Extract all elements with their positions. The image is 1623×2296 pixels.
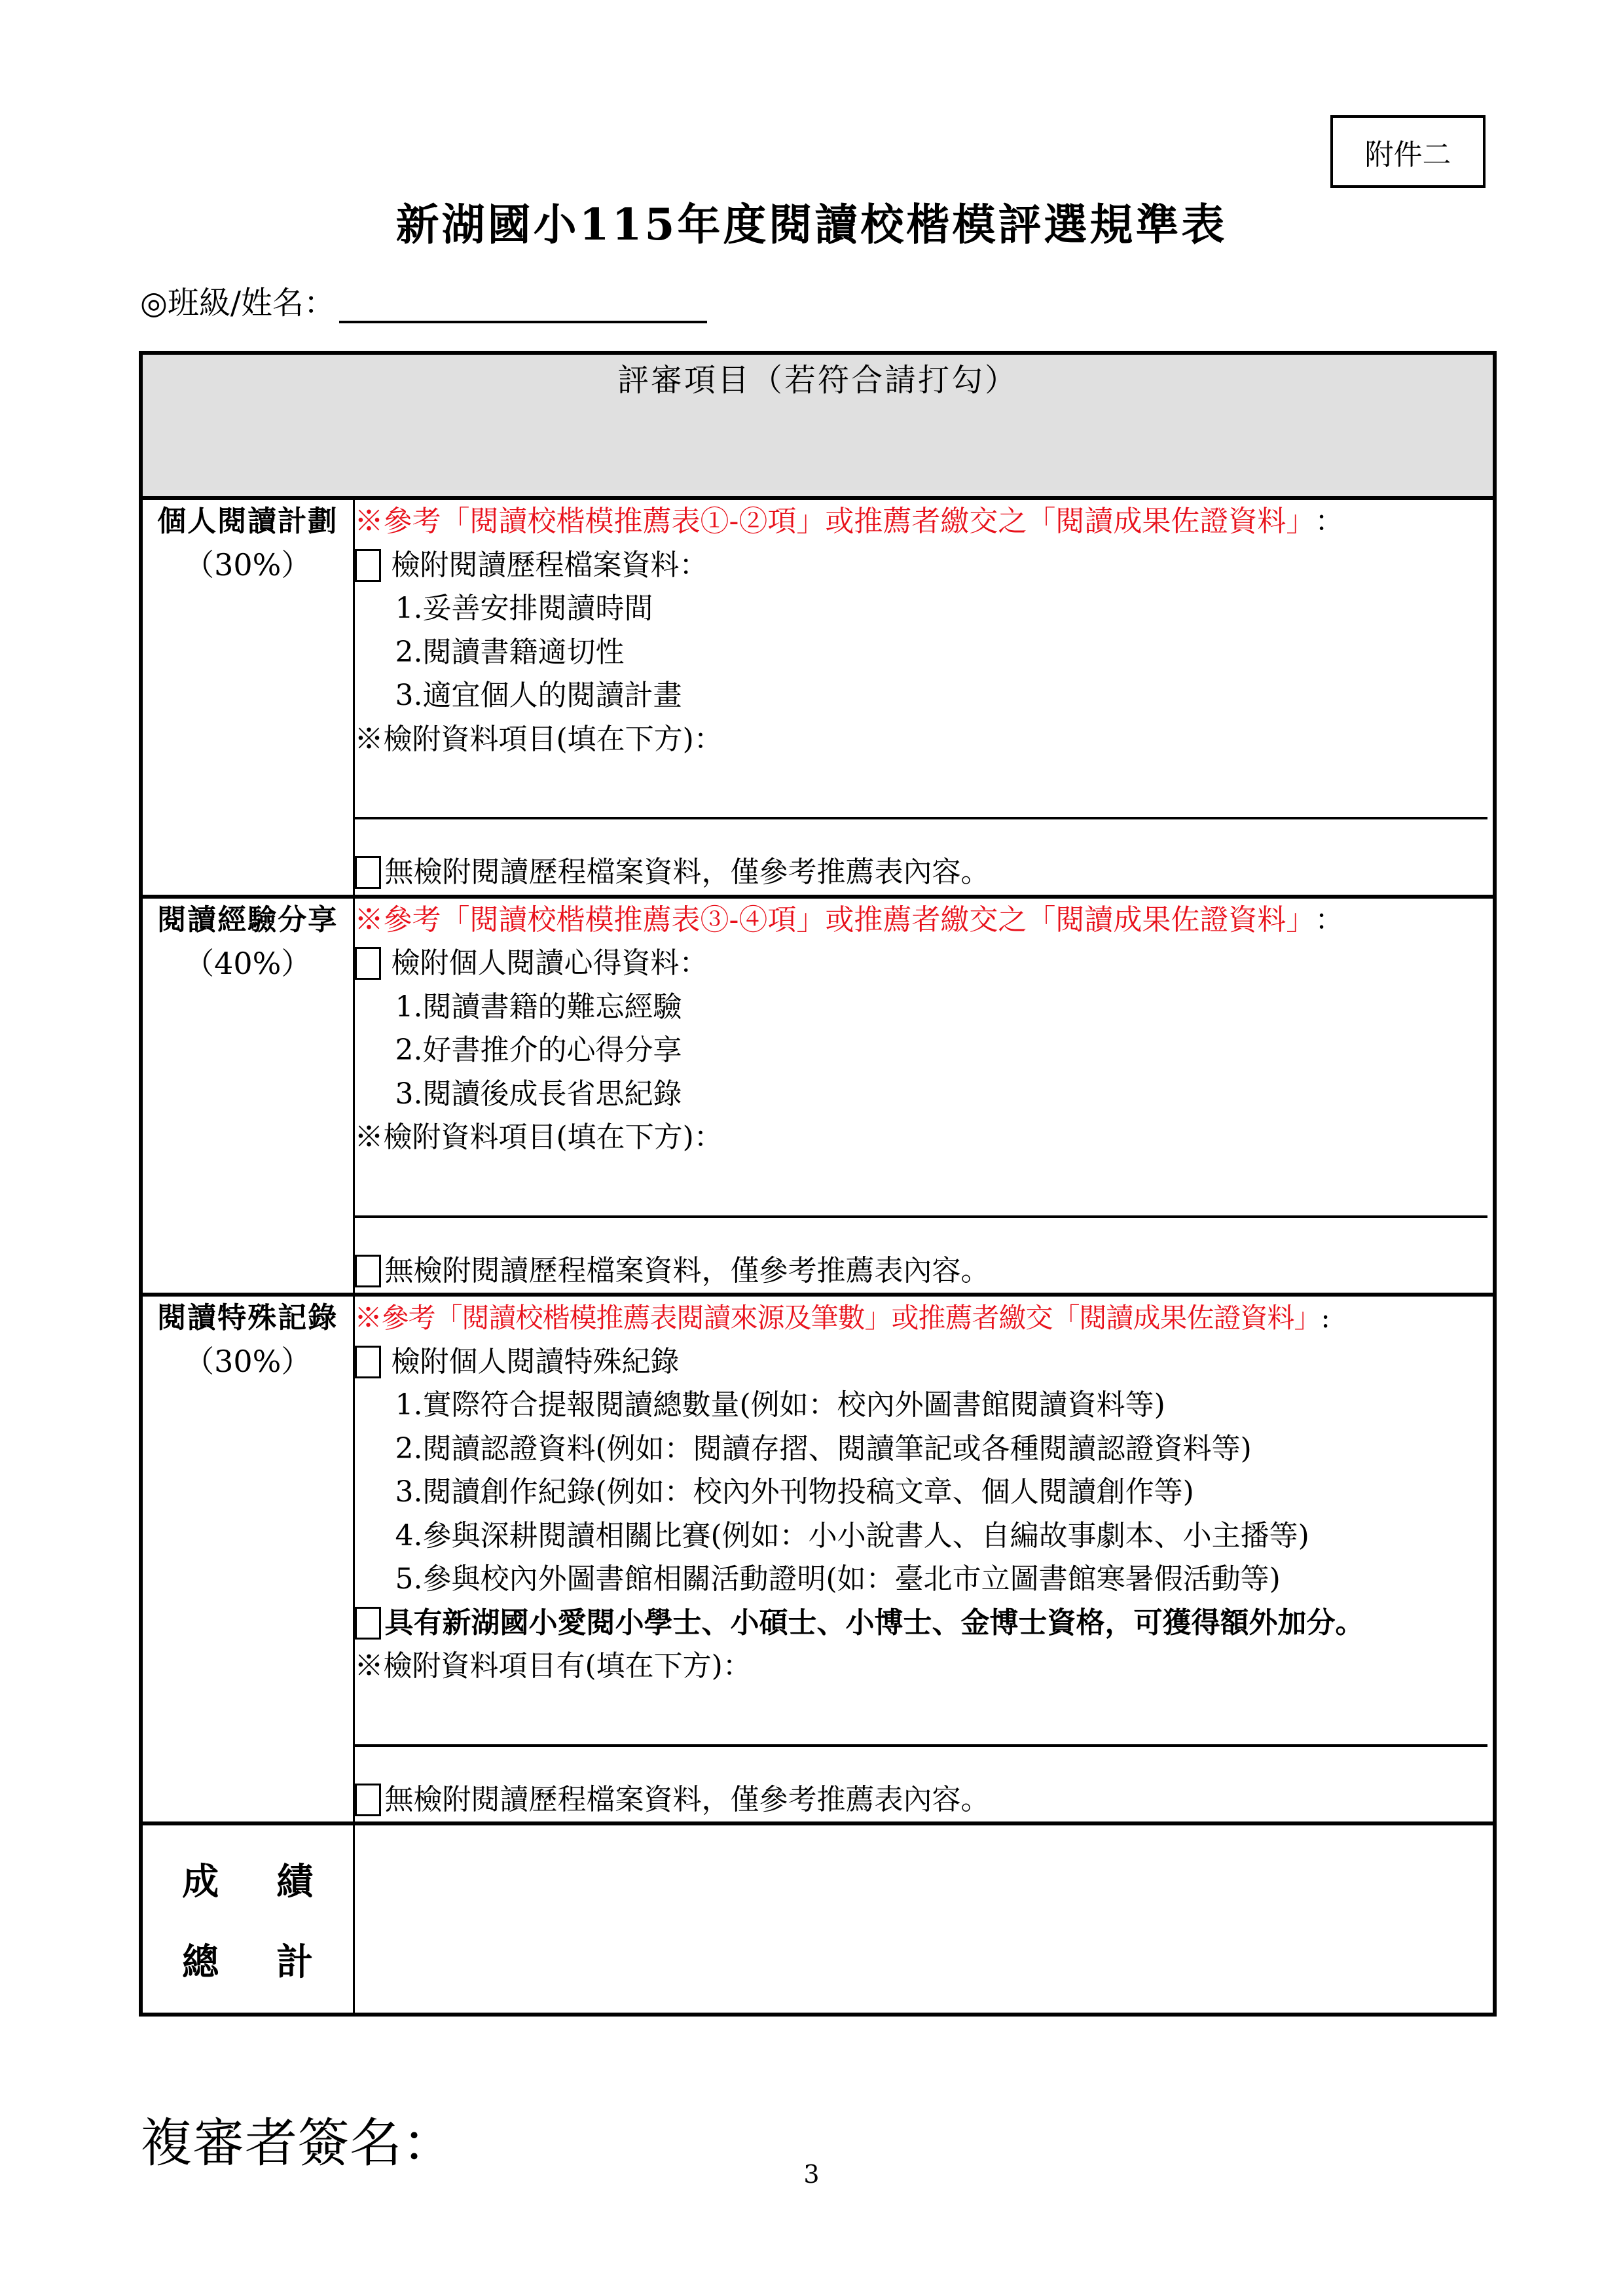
criteria-item: 4.參與深耕閱讀相關比賽(例如：小小說書人、自編故事劇本、小主播等) (355, 1515, 1493, 1558)
criteria-item: 1.閱讀書籍的難忘經驗 (355, 986, 1493, 1030)
section-weight: （30%） (143, 1340, 353, 1383)
class-name-label: ◎班級/姓名： (140, 283, 335, 323)
fill-prompt: ※檢附資料項目(填在下方)： (355, 1116, 1493, 1160)
section-label-cell: 個人閱讀計劃 （30%） (141, 498, 354, 897)
total-score-label-line1: 成 績 (182, 1853, 313, 1905)
attach-checkbox-label: 檢附閱讀歷程檔案資料： (392, 544, 708, 588)
attach-checkbox[interactable] (355, 549, 381, 582)
no-attachment-checkbox[interactable] (355, 856, 381, 889)
section-special-records: 閱讀特殊記錄 （30%） ※參考「閱讀校楷模推薦表閱讀來源及筆數」或推薦者繳交「… (141, 1295, 1495, 1823)
attach-checkbox[interactable] (355, 1346, 381, 1378)
bonus-checkbox-label: 具有新湖國小愛閱小學士、小碩士、小博士、金博士資格，可獲得額外加分。 (385, 1602, 1364, 1645)
attach-checkbox[interactable] (355, 947, 381, 980)
page-number: 3 (0, 2160, 1623, 2189)
attachment-label: 附件二 (1365, 131, 1451, 173)
no-attachment-checkbox[interactable] (355, 1255, 381, 1287)
bonus-checkbox[interactable] (355, 1607, 381, 1640)
label-char: 績 (276, 1853, 313, 1905)
class-name-input[interactable] (339, 288, 707, 323)
total-score-label-cell: 成 績 總 計 (141, 1823, 354, 2015)
section-weight: （40%） (143, 942, 353, 985)
no-attachment-label: 無檢附閱讀歷程檔案資料，僅參考推薦表內容。 (385, 1778, 990, 1822)
section-label-cell: 閱讀經驗分享 （40%） (141, 897, 354, 1295)
reference-colon: ： (1315, 899, 1343, 942)
no-attachment-checkbox[interactable] (355, 1784, 381, 1816)
section-title: 閱讀經驗分享 (143, 899, 353, 942)
table-header: 評審項目（若符合請打勾） (141, 353, 1495, 498)
section-title: 個人閱讀計劃 (143, 500, 353, 543)
attach-checkbox-label: 檢附個人閱讀心得資料： (392, 942, 708, 986)
page-title: 新湖國小115年度閱讀校楷模評選規準表 (0, 196, 1623, 253)
section-personal-plan: 個人閱讀計劃 （30%） ※參考「閱讀校楷模推薦表①-②項」或推薦者繳交之「閱讀… (141, 498, 1495, 897)
criteria-item: 2.好書推介的心得分享 (355, 1029, 1493, 1073)
reference-note: ※參考「閱讀校楷模推薦表閱讀來源及筆數」或推薦者繳交「閱讀成果佐證資料」 (355, 1297, 1321, 1340)
reference-colon: : (1321, 1297, 1330, 1340)
fill-in-area[interactable] (355, 761, 1493, 817)
criteria-item: 2.閱讀書籍適切性 (355, 631, 1493, 675)
total-score-row: 成 績 總 計 (141, 1823, 1495, 2015)
section-content: ※參考「閱讀校楷模推薦表③-④項」或推薦者繳交之「閱讀成果佐證資料」： 檢附個人… (354, 897, 1495, 1295)
no-attachment-label: 無檢附閱讀歷程檔案資料，僅參考推薦表內容。 (385, 1249, 990, 1293)
criteria-item: 2.閱讀認證資料(例如：閱讀存摺、閱讀筆記或各種閱讀認證資料等) (355, 1427, 1493, 1471)
label-char: 成 (182, 1853, 219, 1905)
attach-checkbox-label: 檢附個人閱讀特殊紀錄 (392, 1340, 680, 1384)
fill-prompt: ※檢附資料項目有(填在下方)： (355, 1645, 1493, 1689)
section-label-cell: 閱讀特殊記錄 （30%） (141, 1295, 354, 1823)
total-score-input[interactable] (354, 1823, 1495, 2015)
criteria-item: 1.實際符合提報閱讀總數量(例如：校內外圖書館閱讀資料等) (355, 1384, 1493, 1427)
reference-colon: ： (1315, 500, 1343, 544)
criteria-item: 3.閱讀後成長省思紀錄 (355, 1073, 1493, 1117)
reference-note: ※參考「閱讀校楷模推薦表①-②項」或推薦者繳交之「閱讀成果佐證資料」 (355, 500, 1315, 544)
criteria-item: 3.閱讀創作紀錄(例如：校內外刊物投稿文章、個人閱讀創作等) (355, 1471, 1493, 1515)
section-title: 閱讀特殊記錄 (143, 1297, 353, 1340)
criteria-item: 5.參與校內外圖書館相關活動證明(如：臺北市立圖書館寒暑假活動等) (355, 1558, 1493, 1602)
class-name-field: ◎班級/姓名： (140, 283, 707, 323)
no-attachment-label: 無檢附閱讀歷程檔案資料，僅參考推薦表內容。 (385, 851, 990, 895)
section-content: ※參考「閱讀校楷模推薦表閱讀來源及筆數」或推薦者繳交「閱讀成果佐證資料」: 檢附… (354, 1295, 1495, 1823)
section-content: ※參考「閱讀校楷模推薦表①-②項」或推薦者繳交之「閱讀成果佐證資料」： 檢附閱讀… (354, 498, 1495, 897)
section-reading-experience: 閱讀經驗分享 （40%） ※參考「閱讀校楷模推薦表③-④項」或推薦者繳交之「閱讀… (141, 897, 1495, 1295)
evaluation-table: 評審項目（若符合請打勾） 個人閱讀計劃 （30%） ※參考「閱讀校楷模推薦表①-… (139, 351, 1497, 2017)
label-char: 計 (276, 1933, 313, 1986)
label-char: 總 (182, 1933, 219, 1986)
section-weight: （30%） (143, 543, 353, 586)
attachment-label-box: 附件二 (1330, 115, 1486, 188)
fill-prompt: ※檢附資料項目(填在下方)： (355, 718, 1493, 762)
criteria-item: 1.妥善安排閱讀時間 (355, 587, 1493, 631)
fill-in-area[interactable] (355, 1160, 1493, 1215)
criteria-item: 3.適宜個人的閱讀計畫 (355, 674, 1493, 718)
reference-note: ※參考「閱讀校楷模推薦表③-④項」或推薦者繳交之「閱讀成果佐證資料」 (355, 899, 1315, 942)
fill-in-area[interactable] (355, 1689, 1493, 1744)
total-score-label-line2: 總 計 (182, 1933, 313, 1986)
